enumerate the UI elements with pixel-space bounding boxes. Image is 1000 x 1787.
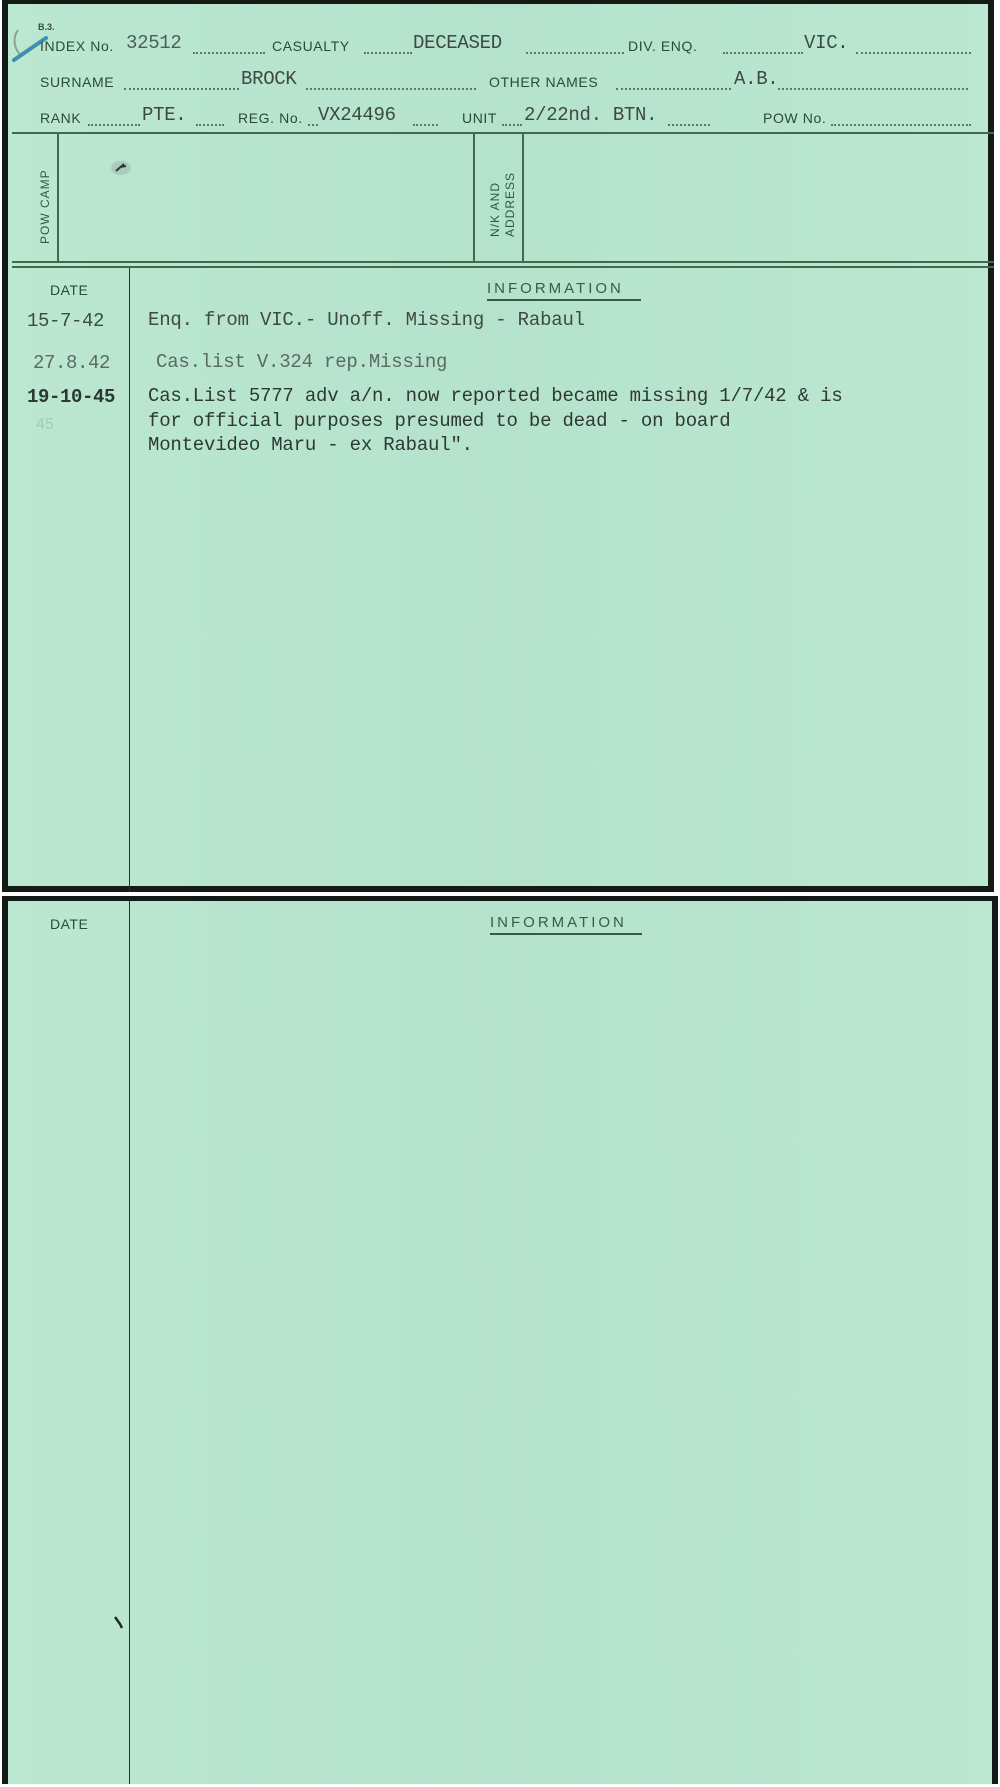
casualty-label: CASUALTY	[272, 38, 350, 54]
faded-margin-mark: 45	[36, 416, 54, 434]
unit-label: UNIT	[462, 110, 497, 126]
nk-label-line1: N/K AND	[488, 182, 502, 237]
header-divider	[12, 132, 994, 134]
rank-value: PTE.	[142, 104, 186, 126]
div-enq-value: VIC.	[804, 32, 848, 54]
rank-label: RANK	[40, 110, 81, 126]
reg-no-value: VX24496	[318, 104, 396, 126]
pow-camp-label: POW CAMP	[38, 169, 52, 244]
other-names-value: A.B.	[734, 68, 778, 90]
surname-value: BROCK	[241, 68, 297, 90]
entry-2-date: 27.8.42	[33, 352, 110, 374]
other-names-label: OTHER NAMES	[489, 74, 598, 90]
date-header-back: DATE	[50, 916, 88, 932]
information-header: INFORMATION	[487, 280, 624, 297]
index-no-label: INDEX No.	[40, 38, 114, 54]
entry-3-text: Cas.List 5777 adv a/n. now reported beca…	[148, 384, 994, 464]
entry-1-text: Enq. from VIC.- Unoff. Missing - Rabaul	[148, 308, 585, 333]
entry-2-text: Cas.list V.324 rep.Missing	[156, 350, 447, 375]
date-header: DATE	[50, 282, 88, 298]
surname-label: SURNAME	[40, 74, 114, 90]
date-column-divider-back	[129, 901, 130, 1784]
card-front: B.3. INDEX No. 32512 CASUALTY DECEASED D…	[2, 0, 994, 892]
unit-value: 2/22nd. BTN.	[524, 104, 657, 126]
entry-3-date: 19-10-45	[27, 386, 115, 408]
date-column-divider	[129, 268, 130, 892]
card-back: DATE INFORMATION	[2, 896, 998, 1784]
ink-speck-icon	[112, 1614, 126, 1630]
index-no-value: 32512	[126, 32, 182, 54]
nk-label-line2: ADDRESS	[503, 172, 517, 237]
information-header-back: INFORMATION	[490, 914, 627, 931]
div-enq-label: DIV. ENQ.	[628, 38, 697, 54]
ink-blot-icon	[108, 158, 134, 178]
reg-no-label: REG. No.	[238, 110, 303, 126]
entry-1-date: 15-7-42	[27, 310, 104, 332]
casualty-value: DECEASED	[413, 32, 502, 54]
pow-no-label: POW No.	[763, 110, 826, 126]
